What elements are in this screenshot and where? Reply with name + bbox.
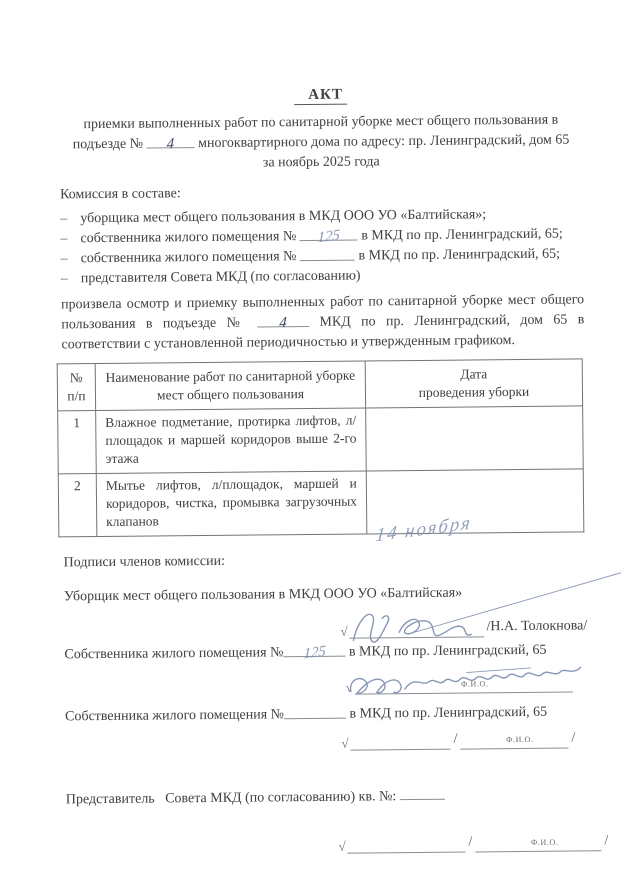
dash-bullet: – (61, 269, 81, 289)
fio-caption: Ф.И.О. (506, 735, 534, 745)
signature-row-representative: √ / Ф.И.О. / (66, 831, 611, 856)
row-2-date-cell: 14 ноября (366, 469, 584, 534)
owner-2-apartment-blank (284, 705, 346, 720)
row-1-work: Влажное подметание, протирка лифтов, л/п… (96, 408, 367, 474)
subtitle-line2-post: многоквартирного дома по адресу: пр. Лен… (198, 133, 569, 152)
signature-row-cleaner: √ /Н.А. Толокнова/ (64, 616, 587, 641)
col-header-work-name: Наименование работ по санитарной уборке … (95, 361, 365, 411)
signature-name-tolokonova: /Н.А. Толокнова/ (484, 616, 587, 637)
fio-caption: Ф.И.О. (461, 679, 489, 689)
table-row: 2 Мытье лифтов, л/площадок, маршей и кор… (58, 469, 584, 537)
signature-label-cleaner: Уборщик мест общего пользования в МКД ОО… (64, 582, 587, 607)
slash-separator: / (450, 730, 460, 750)
document-sheet: АКТ приемки выполненных работ по санитар… (0, 0, 621, 877)
row-1-date-cell (366, 406, 584, 471)
member-4-text: представителя Совета МКД (по согласовани… (81, 267, 361, 290)
fio-caption: Ф.И.О. (531, 838, 559, 848)
owner-2-label-post: в МКД по пр. Ленинградский, 65 (346, 705, 547, 722)
owner-1-label-post: в МКД по пр. Ленинградский, 65 (345, 643, 546, 660)
works-table: № п/п Наименование работ по санитарной у… (57, 358, 585, 537)
table-header-row: № п/п Наименование работ по санитарной у… (57, 359, 582, 411)
signature-line (347, 837, 465, 854)
signature-ink-cleaner (343, 603, 493, 646)
member-2-post: в МКД по пр. Ленинградский, 65; (361, 227, 563, 244)
check-tick: √ (340, 625, 349, 639)
col-header-number: № п/п (57, 364, 95, 411)
row-2-work: Мытье лифтов, л/площадок, маршей и корид… (96, 471, 367, 537)
check-tick: √ (346, 681, 355, 695)
scanned-act-document: АКТ приемки выполненных работ по санитар… (0, 0, 621, 877)
document-title: АКТ (294, 87, 347, 106)
signature-line (350, 734, 450, 751)
dash-bullet: – (61, 249, 81, 269)
table-row: 1 Влажное подметание, протирка лифтов, л… (58, 406, 584, 474)
slash-separator: / (601, 831, 611, 851)
signatures-heading: Подписи членов комиссии: (64, 548, 587, 573)
slash-separator: / (568, 728, 578, 748)
commission-intro: Комиссия в составе: (60, 180, 583, 205)
representative-apartment-blank (400, 786, 445, 800)
dash-bullet: – (60, 209, 80, 229)
dash-bullet: – (60, 229, 80, 249)
signature-row-owner-1: √ Ф.И.О. (65, 672, 573, 697)
owner-1-apartment-handwritten: 125 (303, 645, 326, 660)
signature-label-representative: Представитель Совета МКД (по согласовани… (66, 784, 589, 810)
commission-members-list: – уборщика мест общего пользования в МКД… (60, 204, 584, 289)
list-item: – представителя Совета МКД (по согласова… (61, 264, 584, 289)
apartment-number-blank: 125 (300, 227, 358, 242)
owner-2-label-pre: Собственника жилого помещения № (65, 707, 284, 724)
signature-line (349, 621, 484, 638)
entrance-number-blank-2: 4 (257, 313, 309, 327)
entrance-number-handwritten: 4 (167, 138, 175, 151)
row-1-number: 1 (58, 411, 97, 474)
name-line: Ф.И.О. (460, 733, 568, 750)
check-tick: √ (341, 737, 350, 751)
owner-1-label-pre: Собственника жилого помещения № (64, 645, 283, 662)
member-2-pre: собственника жилого помещения № (80, 229, 296, 246)
signature-line: Ф.И.О. (355, 676, 573, 694)
signature-label-owner-2: Собственника жилого помещения № в МКД по… (65, 702, 588, 727)
name-line: Ф.И.О. (475, 835, 601, 852)
inspection-paragraph: произвела осмотр и приемку выполненных р… (61, 290, 585, 355)
apartment-number-empty-blank (300, 247, 355, 262)
row-2-number: 2 (58, 474, 97, 537)
apartment-number-handwritten: 125 (317, 229, 340, 244)
member-3-pre: собственника жилого помещения № (81, 249, 297, 266)
owner-1-apartment-blank: 125 (283, 643, 345, 658)
member-3-post: в МКД по пр. Ленинградский, 65; (358, 247, 560, 264)
subtitle-line2-pre: подъезде № (73, 137, 143, 153)
signature-label-owner-1: Собственника жилого помещения №125 в МКД… (64, 640, 587, 665)
slash-separator: / (465, 832, 475, 852)
check-tick: √ (338, 840, 347, 854)
document-subtitle: приемки выполненных работ по санитарной … (59, 110, 583, 175)
handwritten-date-note: 14 ноября (375, 514, 473, 545)
representative-label: Представитель Совета МКД (по согласовани… (66, 789, 397, 807)
entrance-number-blank: 4 (146, 134, 194, 148)
document-title-row: АКТ (59, 83, 582, 107)
col-header-date: Дата проведения уборки (365, 359, 582, 408)
signature-row-owner-2: √ / Ф.И.О. / (65, 728, 578, 753)
entrance-number-handwritten-2: 4 (279, 317, 287, 330)
